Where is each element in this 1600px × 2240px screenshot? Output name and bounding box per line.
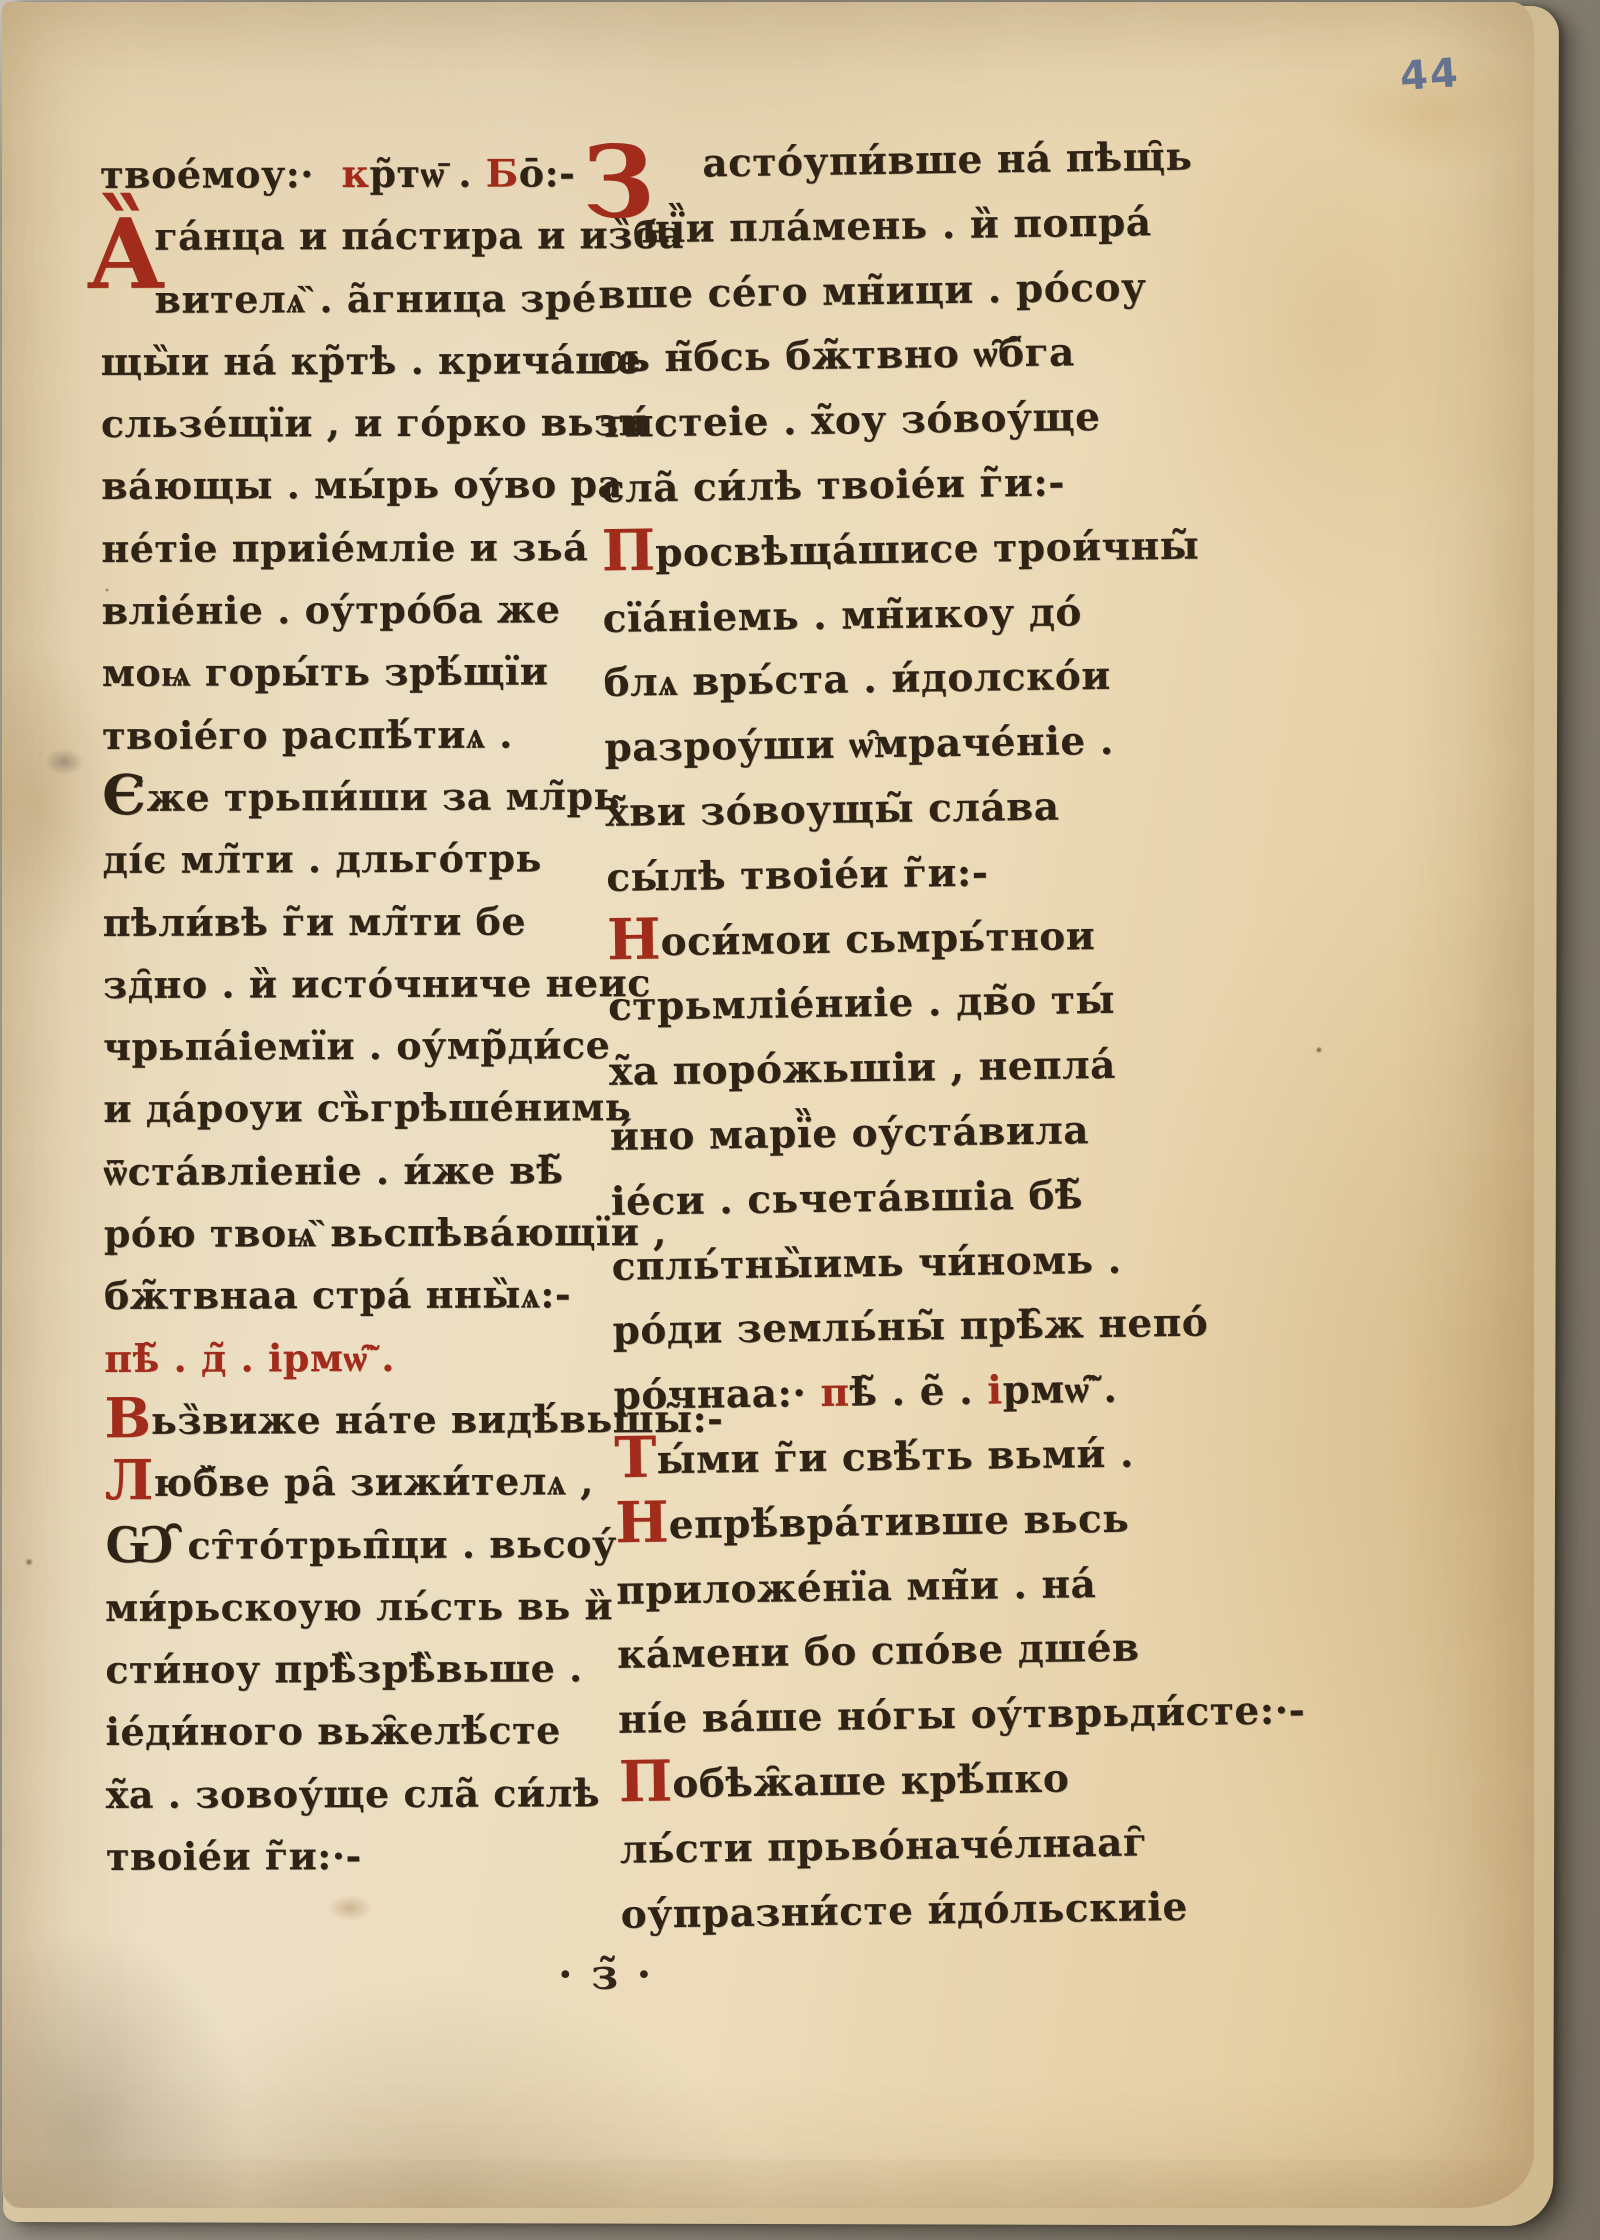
text-run: п [820, 1370, 850, 1416]
text-run: вителѧ̏ . а̃гница зре́ [154, 275, 596, 322]
text-run: оу́празни́сте и́до́льскиіе [620, 1883, 1188, 1937]
text-line: моѩ горы́ть зрѣ́щїи [102, 649, 588, 713]
text-run: моѩ горы́ть зрѣ́щїи [102, 649, 549, 696]
text-run: ва́ющы . мы́рь оу́во ра [101, 462, 623, 509]
text-line: ти́стеіе . х̃оу зо́воу́ще [600, 393, 1201, 466]
text-line: ді́є мл̃ти . дльго́трь [102, 836, 588, 900]
text-line: ро́ю твоѩ̏ вьспѣва́ющїи , [104, 1209, 590, 1273]
text-run: ні́е ва́ше но́гы оу́тврьди́сте:·- [618, 1687, 1306, 1743]
text-line: А̏га́нца и па́стира и из̏ба [100, 213, 586, 277]
text-line: оу́празни́сте и́до́льскиіе [620, 1883, 1221, 1956]
text-run: вліе́ніе . оу́тро́ба же [102, 586, 561, 633]
text-run: ро́ю твоѩ̏ вьспѣва́ющїи , [104, 1209, 667, 1256]
text-run: к [341, 151, 369, 196]
text-line: вліе́ніе . оу́тро́ба же [102, 586, 588, 650]
text-run: ѣ̃ . е̃ . [849, 1368, 987, 1416]
text-line: Непрѣ́вра́тивше вьсь [615, 1494, 1216, 1567]
text-line: и да́роуи съ̏грѣше́нимь [103, 1085, 589, 1149]
text-run: х̃ви зо́воущы̃ сла́ва [605, 784, 1060, 836]
text-line: спль́тны̏имь чи́номь . [611, 1235, 1212, 1308]
text-run: сти́ноу прѣ̏зрѣ̏вьше . [105, 1645, 583, 1692]
text-run: сльзе́щїи , и го́рко вьзи [101, 399, 647, 446]
text-run: вше се́го мн̃ици . ро́соу [598, 264, 1147, 318]
text-run: ѿста́вліеніе . и́же вѣ̃ [103, 1147, 563, 1194]
text-run: х̃а . зовоу́ще сла̃ си́лѣ [106, 1770, 600, 1817]
text-run: бж̃твнаа стра́ нны̏ѧ:- [104, 1272, 571, 1319]
text-line: Просвѣща́шисе трои́чны̃ [601, 522, 1202, 595]
text-line: вше се́го мн̃ици . ро́соу [598, 263, 1199, 336]
manuscript-photo: { "meta": { "page_number": "44", "quire_… [0, 0, 1600, 2240]
text-run: юб̏ве ра̑ зижи́телѧ , [153, 1459, 594, 1506]
text-run: Б [486, 151, 519, 196]
text-run: ти́стеіе . х̃оу зо́воу́ще [600, 394, 1101, 447]
text-line: іе́си . сьчета́вшіа бѣ̃ [610, 1170, 1211, 1243]
initial-letter: Н [607, 906, 661, 973]
text-line: сльзе́щїи , и го́рко вьзи [101, 399, 587, 463]
text-run: ро́чнаа:· [613, 1370, 821, 1419]
text-run: оси́мои сьмрь́тнои [660, 913, 1095, 965]
text-line: Носи́мои сьмрь́тнои [607, 911, 1208, 984]
text-run: чрьпа́іемїи . оу́мр̃ди́се [103, 1022, 610, 1069]
text-line: ѿста́вліеніе . и́же вѣ̃ [103, 1147, 589, 1211]
manuscript-column-right: Засто́упи́вше на́ пѣщ̑ьнї̏и пла́мень . и… [596, 134, 1221, 1957]
text-run: не́тіе приіе́мліе и зьа́ [101, 524, 588, 571]
text-run: сла̃ си́лѣ твоіе́и г̃и:- [601, 459, 1066, 511]
text-line: Люб̏ве ра̑ зижи́телѧ , [105, 1459, 591, 1523]
text-line: х̃ви зо́воущы̃ сла́ва [605, 782, 1206, 855]
text-line: ро́чнаа:· пѣ̃ . е̃ . ірмѡ̃̑ . [613, 1365, 1214, 1438]
manuscript-column-left: твое́моу:· кр̃тѡ̄ . Бо̄:-А̏га́нца и па́с… [100, 150, 592, 1896]
initial-letter: Н [615, 1489, 669, 1556]
text-line: ні́е ва́ше но́гы оу́тврьди́сте:·- [618, 1689, 1219, 1762]
initial-letter: В [104, 1385, 151, 1450]
text-line: пѣ̃ . д̃ . ірмѡ̃̑ . [104, 1334, 590, 1398]
text-line: сїа́ніемь . мн̃икоу до́ [602, 587, 1203, 660]
text-line: Ѡ̑ ст̑то́трьп̑ци . вьсоу́ [105, 1521, 591, 1585]
text-line: Засто́упи́вше на́ пѣщ̑ь [596, 134, 1197, 207]
initial-letter: П [601, 517, 655, 584]
text-run: сы́лѣ твоіе́и г̃и:- [606, 849, 989, 900]
text-line: нї̏и пла́мень . и̏ попра́ [597, 198, 1198, 271]
text-line: сла̃ си́лѣ твоіе́и г̃и:- [601, 458, 1202, 531]
parchment-page: 44 твое́моу:· кр̃тѡ̄ . Бо̄:-А̏га́нца и п… [2, 2, 1534, 2208]
text-run: росвѣща́шисе трои́чны̃ [655, 522, 1200, 576]
text-run: ді́є мл̃ти . дльго́трь [102, 836, 541, 883]
text-line: Вьз̏виже на́те видѣ́вьшы̃:- [104, 1396, 590, 1460]
text-run: епрѣ́вра́тивше вьсь [668, 1495, 1129, 1547]
quire-signature: · з̃ · [558, 1950, 653, 1999]
text-run: ми́рьскоую ль́сть вь и̏ [105, 1583, 613, 1630]
text-run: пѣли́вѣ г̃и мл̃ти бе [103, 898, 527, 944]
text-run: іе́си . сьчета́вшіа бѣ̃ [610, 1172, 1083, 1225]
text-run: блѧ врь́ста . и́долско́и [603, 653, 1111, 706]
text-line: твое́моу:· кр̃тѡ̄ . Бо̄:- [100, 150, 586, 214]
text-line: ль́сти прьво́наче́лнааг̑ [620, 1818, 1221, 1891]
text-line: ка́мени бо спо́ве дше́в [617, 1624, 1218, 1697]
text-line: пѣли́вѣ г̃и мл̃ти бе [103, 898, 589, 962]
text-line: х̃а . зовоу́ще сла̃ си́лѣ [106, 1770, 592, 1834]
text-line: твоіе́и г̃и:·- [106, 1832, 592, 1896]
text-line: щы̏и на́ кр̃тѣ . крича́ше [101, 337, 587, 401]
initial-letter: Т [614, 1425, 657, 1492]
text-run: приложе́нїа мн̃и . на́ [616, 1561, 1097, 1614]
folio-number: 44 [1398, 50, 1461, 100]
text-run: стрьмліе́ниіе . дв̃о ты́ [608, 977, 1116, 1030]
text-line: зд̑но . и̏ исто́чниче неис [103, 960, 589, 1024]
text-run: р̃тѡ̄ . [369, 151, 485, 196]
text-run: твое́моу:· [100, 151, 342, 197]
text-line: стрьмліе́ниіе . дв̃о ты́ [608, 976, 1209, 1049]
text-run: х̃а поро́жьшіи , непла́ [609, 1042, 1116, 1095]
text-run: спль́тны̏имь чи́номь . [611, 1236, 1122, 1289]
initial-letter: Є [102, 762, 146, 827]
text-line: твоіе́го распѣ́тиѧ . [102, 711, 588, 775]
text-line: сти́ноу прѣ̏зрѣ̏вьше . [105, 1645, 591, 1709]
text-line: чрьпа́іемїи . оу́мр̃ди́се [103, 1022, 589, 1086]
initial-letter: Л [105, 1447, 154, 1512]
text-run: разроу́ши ѡ̑мраче́ніе . [604, 718, 1114, 771]
text-run: ́же трьпи́ши за мл̃рь [146, 773, 620, 820]
text-run: твоіе́и г̃и:·- [106, 1833, 362, 1879]
text-run: ы́ми г̃и свѣ́ть вьми́ . [656, 1431, 1134, 1484]
text-run: и́но марї̏е оу́ста́вила [610, 1107, 1090, 1160]
text-run: ка́мени бо спо́ве дше́в [617, 1625, 1140, 1678]
text-line: и́но марї̏е оу́ста́вила [610, 1105, 1211, 1178]
text-line: сы́лѣ твоіе́и г̃и:- [606, 846, 1207, 919]
text-line: х̃а поро́жьшіи , непла́ [609, 1041, 1210, 1114]
initial-letter: Ѡ̑ [105, 1510, 174, 1575]
text-line: ро́ди земль́ны̃ прѣ̑ж непо́ [612, 1300, 1213, 1373]
initial-letter: П [618, 1748, 672, 1815]
text-line: сь н̃бсь бж̃твно ѡ̑б̑га [599, 328, 1200, 401]
text-line: разроу́ши ѡ̑мраче́ніе . [604, 717, 1205, 790]
text-line: блѧ врь́ста . и́долско́и [603, 652, 1204, 725]
text-line: бж̃твнаа стра́ нны̏ѧ:- [104, 1272, 590, 1336]
text-line: іе́ди́ного вьж̑елѣ́сте [105, 1708, 591, 1772]
text-run: твоіе́го распѣ́тиѧ . [102, 711, 513, 757]
text-run: о̄:- [519, 150, 576, 195]
text-line: Побѣж̑аше крѣ́пко [619, 1753, 1220, 1826]
text-run: и да́роуи съ̏грѣше́нимь [103, 1085, 631, 1132]
text-line: Ты́ми г̃и свѣ́ть вьми́ . [614, 1429, 1215, 1502]
text-run: рмѡ̃̑ . [1002, 1366, 1118, 1414]
text-line: ва́ющы . мы́рь оу́во ра [101, 462, 587, 526]
text-line: ми́рьскоую ль́сть вь и̏ [105, 1583, 591, 1647]
text-run: іе́ди́ного вьж̑елѣ́сте [105, 1708, 560, 1755]
text-run: сь н̃бсь бж̃твно ѡ̑б̑га [599, 330, 1075, 383]
text-line: приложе́нїа мн̃и . на́ [616, 1559, 1217, 1632]
text-run: обѣж̑аше крѣ́пко [672, 1755, 1070, 1807]
text-run: і [987, 1368, 1003, 1414]
text-run: ль́сти прьво́наче́лнааг̑ [620, 1819, 1148, 1872]
text-run: сїа́ніемь . мн̃икоу до́ [602, 589, 1082, 642]
text-line: не́тіе приіе́мліе и зьа́ [101, 524, 587, 588]
text-run: щы̏и на́ кр̃тѣ . крича́ше [101, 337, 642, 384]
text-line: Є́же трьпи́ши за мл̃рь [102, 773, 588, 837]
text-run: пѣ̃ . д̃ . ірмѡ̃̑ . [104, 1335, 395, 1381]
text-run: ро́ди земль́ны̃ прѣ̑ж непо́ [612, 1300, 1208, 1354]
text-run: нї̏и пла́мень . и̏ попра́ [641, 199, 1152, 252]
text-run: ст̑то́трьп̑ци . вьсоу́ [174, 1521, 617, 1568]
text-run: асто́упи́вше на́ пѣщ̑ь [702, 134, 1193, 187]
text-run: зд̑но . и̏ исто́чниче неис [103, 960, 651, 1007]
text-line: вителѧ̏ . а̃гница зре́ [100, 275, 586, 339]
